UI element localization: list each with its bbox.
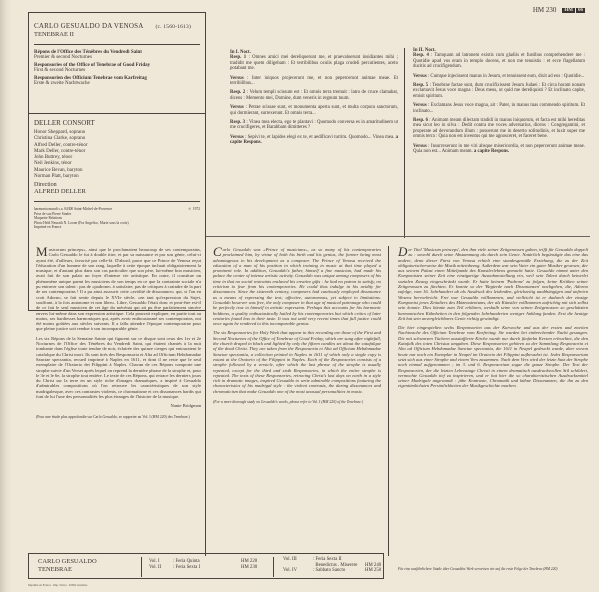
lyric-text: : Exclamans Jesus voce magna, ait : Pate… xyxy=(413,103,585,113)
lyric-text: : Sepivi te, et lapides elegi ex te, et … xyxy=(244,135,395,140)
volume-titles-2: : Feria Sexta II Benedictus . Miserere :… xyxy=(313,557,357,574)
director-name: ALFRED DELLER xyxy=(34,188,200,195)
lyric-text: : Tamquam ad latronem existis cum gladii… xyxy=(413,53,585,69)
lyric-text: : Cumque injecissent manus in Jesum, et … xyxy=(427,74,585,79)
lyric-label: Versus xyxy=(413,103,427,108)
volume-list-2: Vol. III Vol. IV xyxy=(283,557,297,574)
lyric-text: : Vinea mea electa, ego te plantavi : Qu… xyxy=(230,120,398,130)
ensemble-name: DELLER CONSORT xyxy=(34,119,200,127)
essay-footnote: (For a more thorough study on Gesualdo's… xyxy=(213,400,381,404)
lyrics-nocturne-1: In I. Noct.Resp. 1 : Omnes amici mei der… xyxy=(230,50,398,150)
lyric-label: Versus xyxy=(230,135,244,140)
composer-dates: (c. 1560-1613) xyxy=(155,24,191,30)
lyric-label: Versus xyxy=(230,105,244,110)
lyric-text: : Animam meam dilectam tradidi in manus … xyxy=(413,118,585,139)
lyric-label: Versus xyxy=(413,74,427,79)
volume-catnos-2: HM 240 HM 250 xyxy=(365,557,381,574)
lyric-item: Resp. 2 : Velum templi scissum est : Et … xyxy=(230,90,398,101)
lyric-tail: a capite Respons. xyxy=(473,149,510,154)
section-divider xyxy=(206,236,590,237)
lyric-label: Versus xyxy=(230,76,244,81)
divider xyxy=(273,557,274,577)
german-footnote: Für eine ausführlichere Studie über Gesu… xyxy=(398,567,588,571)
lyric-label: Resp. 4 xyxy=(413,53,429,58)
essay-paragraph: The six Responsories for Holy Week that … xyxy=(213,330,381,394)
series-box: CARLO GESUALDOTENEBRAE Vol. I Vol. II : … xyxy=(28,553,384,579)
author-signature: Nanie Bridgman xyxy=(36,403,201,408)
lyrics-nocturne-2: In II. Noct.Resp. 4 : Tamquam ad latrone… xyxy=(413,48,585,159)
phonogram-icon: ℗ xyxy=(188,207,191,211)
essay-paragraph: Carlo Gesualdo was «Prince of musicians»… xyxy=(213,247,381,326)
lyric-item: Versus : Sepivi te, et lapides elegi ex … xyxy=(230,135,398,146)
drop-cap: M xyxy=(36,247,48,257)
lyric-label: Resp. 6 xyxy=(413,118,428,123)
lyric-item: Versus : Petrae scissae sunt, et monumen… xyxy=(230,105,398,116)
column-divider xyxy=(388,246,389,556)
essay-paragraph: Les six Répons de la Semaine Sainte qui … xyxy=(36,336,201,400)
essay-footnote: (Pour une étude plus approfondie sur Car… xyxy=(36,415,201,419)
divider xyxy=(34,44,200,45)
lyric-item: Versus : Exclamans Jesus voce magna, ait… xyxy=(413,103,585,114)
volume-catnos-1: HM 220 HM 230 xyxy=(241,559,257,570)
paragraph-text: usicorum princeps», ainsi que le proclam… xyxy=(36,247,201,331)
essay-paragraph: Der Titel 'Musicum princeps', den ihm vi… xyxy=(398,247,588,321)
member: Norman Platt, baryton xyxy=(34,174,200,180)
column-divider xyxy=(404,48,405,238)
lyric-label: Versus xyxy=(413,144,427,149)
lyric-item: Resp. 3 : Vinea mea electa, ego te plant… xyxy=(230,120,398,131)
essay-english: Carlo Gesualdo was «Prince of musicians»… xyxy=(213,247,381,408)
lyric-item: Versus : Cumque injecissent manus in Jes… xyxy=(413,74,585,79)
lyric-item: Resp. 1 : Omnes amici mei dereliquerunt … xyxy=(230,55,398,71)
lyric-item: Versus : Insurrexerunt in me viri absque… xyxy=(413,144,585,155)
lyric-label: Resp. 1 xyxy=(230,55,246,60)
lyric-item: Resp. 4 : Tamquam ad latronem existis cu… xyxy=(413,53,585,69)
lyric-item: Resp. 6 : Animam meam dilectam tradidi i… xyxy=(413,118,585,140)
drop-cap: C xyxy=(213,247,222,257)
harmonia-mundi-logo-icon: HM66 xyxy=(562,8,585,13)
paragraph-text: Les six Répons de la Semaine Sainte qui … xyxy=(36,336,201,399)
repertoire-en: Responsories of the Office of Tenebrae o… xyxy=(34,63,200,73)
essay-paragraph: Musicorum princeps», ainsi que le procla… xyxy=(36,247,201,332)
lyric-text: : Omnes amici mei dereliquerunt me, et p… xyxy=(230,55,398,71)
catalog-number: HM 230 xyxy=(533,6,557,14)
composer-title: CARLO GESUALDO DA VENOSA(c. 1560-1613) xyxy=(34,22,200,30)
divider xyxy=(141,557,142,577)
series-composer: CARLO GESUALDOTENEBRAE xyxy=(38,558,97,574)
essay-paragraph: Die hier eingespielten sechs Responsorie… xyxy=(398,325,588,389)
essay-german: Der Titel 'Musicum princeps', den ihm vi… xyxy=(398,247,588,393)
lyric-label: Resp. 5 xyxy=(413,83,428,88)
lyric-text: : Tenebrae factae sunt, dum crucifixisse… xyxy=(413,83,585,99)
lyric-label: Resp. 2 xyxy=(230,90,245,95)
essay-french: Musicorum princeps», ainsi que le procla… xyxy=(36,247,201,423)
volume-titles-1: : Feria Quinta : Feria Sexta I xyxy=(173,559,200,570)
column-divider xyxy=(205,246,206,556)
album-title: TENEBRAE II xyxy=(34,31,200,38)
printer-credit: Imprimé en France . Imp. Silora . 92002 … xyxy=(28,583,87,587)
paragraph-text: er Titel 'Musicum princeps', den ihm vie… xyxy=(398,247,588,321)
members-list: Honor Sheppard, soprano Christina Clarke… xyxy=(34,130,200,180)
repertoire-fr: Répons de l'Office des Ténèbres du Vendr… xyxy=(34,50,200,60)
production-credits: harmonia mundi s.a. 04300 Saint-Michel-d… xyxy=(34,207,200,229)
lyric-text: : Inter iniquos projecerunt me, et non p… xyxy=(230,76,398,86)
volume-list-1: Vol. I Vol. II xyxy=(149,559,161,570)
divider xyxy=(34,113,200,114)
divider xyxy=(34,201,200,202)
paragraph-text: Die hier eingespielten sechs Responsorie… xyxy=(398,325,588,388)
album-back-cover: HM 230 HM66 CARLO GESUALDO DA VENOSA(c. … xyxy=(0,0,599,592)
album-info-box: CARLO GESUALDO DA VENOSA(c. 1560-1613) T… xyxy=(28,12,206,114)
paragraph-text: The six Responsories for Holy Week that … xyxy=(213,330,381,393)
catalog-header: HM 230 HM66 xyxy=(533,6,585,14)
repertoire-de: Responsorien des Officium Tenebrae vom K… xyxy=(34,76,200,86)
paragraph-text: arlo Gesualdo was «Prince of musicians»,… xyxy=(213,247,381,326)
lyric-text: : Velum templi scissum est : Et omnis te… xyxy=(230,90,398,100)
drop-cap: D xyxy=(398,247,407,257)
lyric-label: Resp. 3 xyxy=(230,120,245,125)
lyric-item: Versus : Inter iniquos projecerunt me, e… xyxy=(230,76,398,87)
lyric-text: : Petrae scissae sunt, et monumenta aper… xyxy=(230,105,398,115)
lyric-item: Resp. 5 : Tenebrae factae sunt, dum cruc… xyxy=(413,83,585,99)
